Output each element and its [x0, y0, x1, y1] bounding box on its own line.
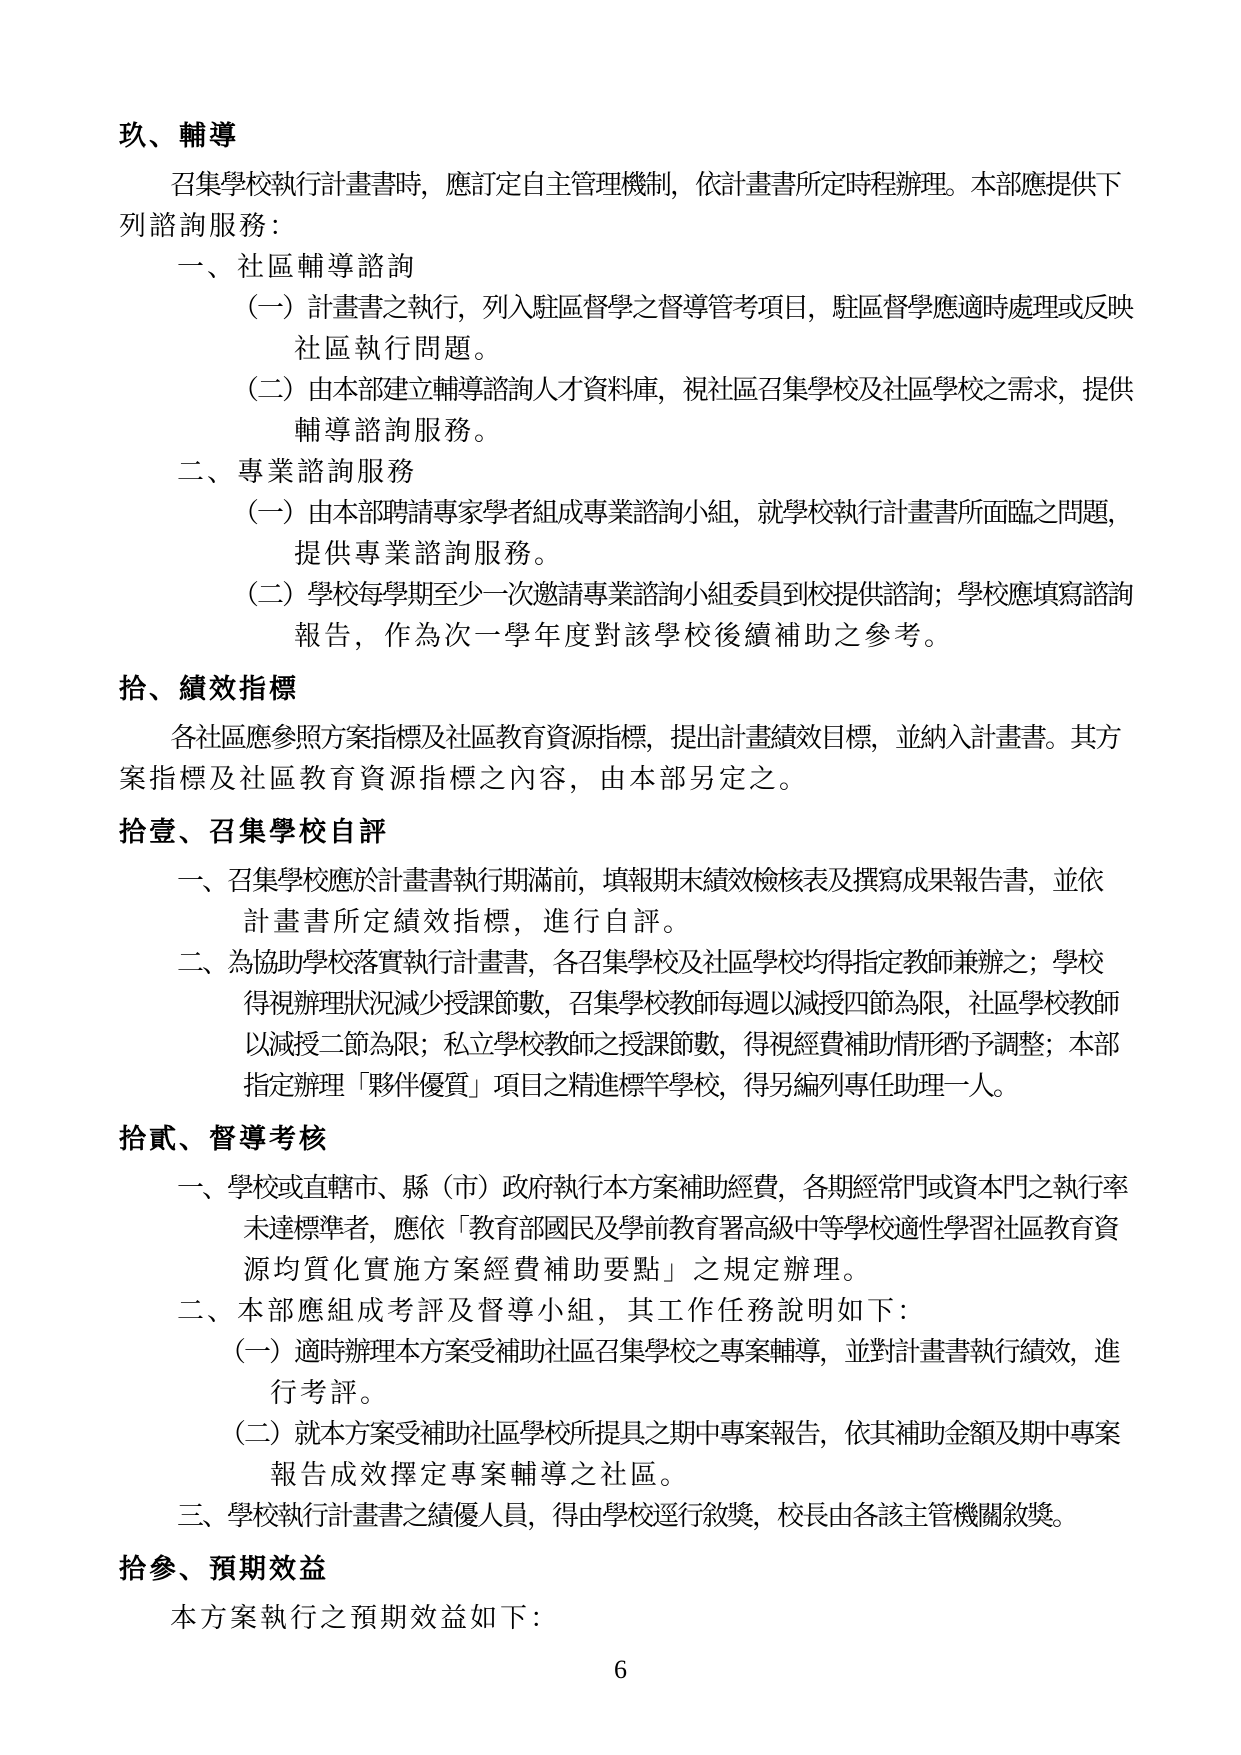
text-line: 指定辦理「夥伴優質」項目之精進標竿學校，得另編列專任助理一人。: [119, 1066, 1129, 1107]
text-line: 二、本部應組成考評及督導小組，其工作任務說明如下：: [119, 1291, 1129, 1332]
text-line: 列諮詢服務：: [119, 206, 1129, 247]
text-line: 一、召集學校應於計畫書執行期滿前，填報期末績效檢核表及撰寫成果報告書，並依: [119, 861, 1129, 902]
text-line: 案指標及社區教育資源指標之內容，由本部另定之。: [119, 759, 1129, 800]
text-line: 一、學校或直轄市、縣（市）政府執行本方案補助經費，各期經常門或資本門之執行率: [119, 1168, 1129, 1209]
page-number: 6: [0, 1655, 1241, 1685]
text-line: 計畫書所定績效指標，進行自評。: [119, 902, 1129, 943]
text-line: 一、社區輔導諮詢: [119, 247, 1129, 288]
document-lines: 玖、輔導召集學校執行計畫書時，應訂定自主管理機制，依計畫書所定時程辦理。本部應提…: [119, 116, 1129, 1639]
text-line: （二）就本方案受補助社區學校所提具之期中專案報告，依其補助金額及期中專案: [119, 1414, 1129, 1455]
text-line: 各社區應參照方案指標及社區教育資源指標，提出計畫績效目標，並納入計畫書。其方: [119, 718, 1129, 759]
text-line: 召集學校執行計畫書時，應訂定自主管理機制，依計畫書所定時程辦理。本部應提供下: [119, 165, 1129, 206]
text-line: 社區執行問題。: [119, 329, 1129, 370]
text-line: 提供專業諮詢服務。: [119, 534, 1129, 575]
section-heading: 玖、輔導: [119, 116, 1129, 157]
text-line: 本方案執行之預期效益如下：: [119, 1598, 1129, 1639]
document-content: 玖、輔導召集學校執行計畫書時，應訂定自主管理機制，依計畫書所定時程辦理。本部應提…: [119, 116, 1129, 1639]
text-line: （一）計畫書之執行，列入駐區督學之督導管考項目，駐區督學應適時處理或反映: [119, 288, 1129, 329]
section-heading: 拾壹、召集學校自評: [119, 812, 1129, 853]
text-line: （二）由本部建立輔導諮詢人才資料庫，視社區召集學校及社區學校之需求，提供: [119, 370, 1129, 411]
section-heading: 拾參、預期效益: [119, 1549, 1129, 1590]
document-page: 玖、輔導召集學校執行計畫書時，應訂定自主管理機制，依計畫書所定時程辦理。本部應提…: [0, 0, 1241, 1755]
text-line: 得視辦理狀況減少授課節數，召集學校教師每週以減授四節為限，社區學校教師: [119, 984, 1129, 1025]
section-heading: 拾、績效指標: [119, 669, 1129, 710]
text-line: 未達標準者，應依「教育部國民及學前教育署高級中等學校適性學習社區教育資: [119, 1209, 1129, 1250]
text-line: （一）適時辦理本方案受補助社區召集學校之專案輔導，並對計畫書執行績效，進: [119, 1332, 1129, 1373]
text-line: 輔導諮詢服務。: [119, 411, 1129, 452]
section-heading: 拾貳、督導考核: [119, 1119, 1129, 1160]
text-line: 報告成效擇定專案輔導之社區。: [119, 1455, 1129, 1496]
text-line: （二）學校每學期至少一次邀請專業諮詢小組委員到校提供諮詢；學校應填寫諮詢: [119, 575, 1129, 616]
text-line: 以減授二節為限；私立學校教師之授課節數，得視經費補助情形酌予調整；本部: [119, 1025, 1129, 1066]
text-line: 報告，作為次一學年度對該學校後續補助之參考。: [119, 616, 1129, 657]
text-line: 二、專業諮詢服務: [119, 452, 1129, 493]
text-line: 源均質化實施方案經費補助要點」之規定辦理。: [119, 1250, 1129, 1291]
text-line: 行考評。: [119, 1373, 1129, 1414]
text-line: 三、學校執行計畫書之績優人員，得由學校逕行敘獎，校長由各該主管機關敘獎。: [119, 1496, 1129, 1537]
text-line: （一）由本部聘請專家學者組成專業諮詢小組，就學校執行計畫書所面臨之問題，: [119, 493, 1129, 534]
text-line: 二、為協助學校落實執行計畫書，各召集學校及社區學校均得指定教師兼辦之；學校: [119, 943, 1129, 984]
